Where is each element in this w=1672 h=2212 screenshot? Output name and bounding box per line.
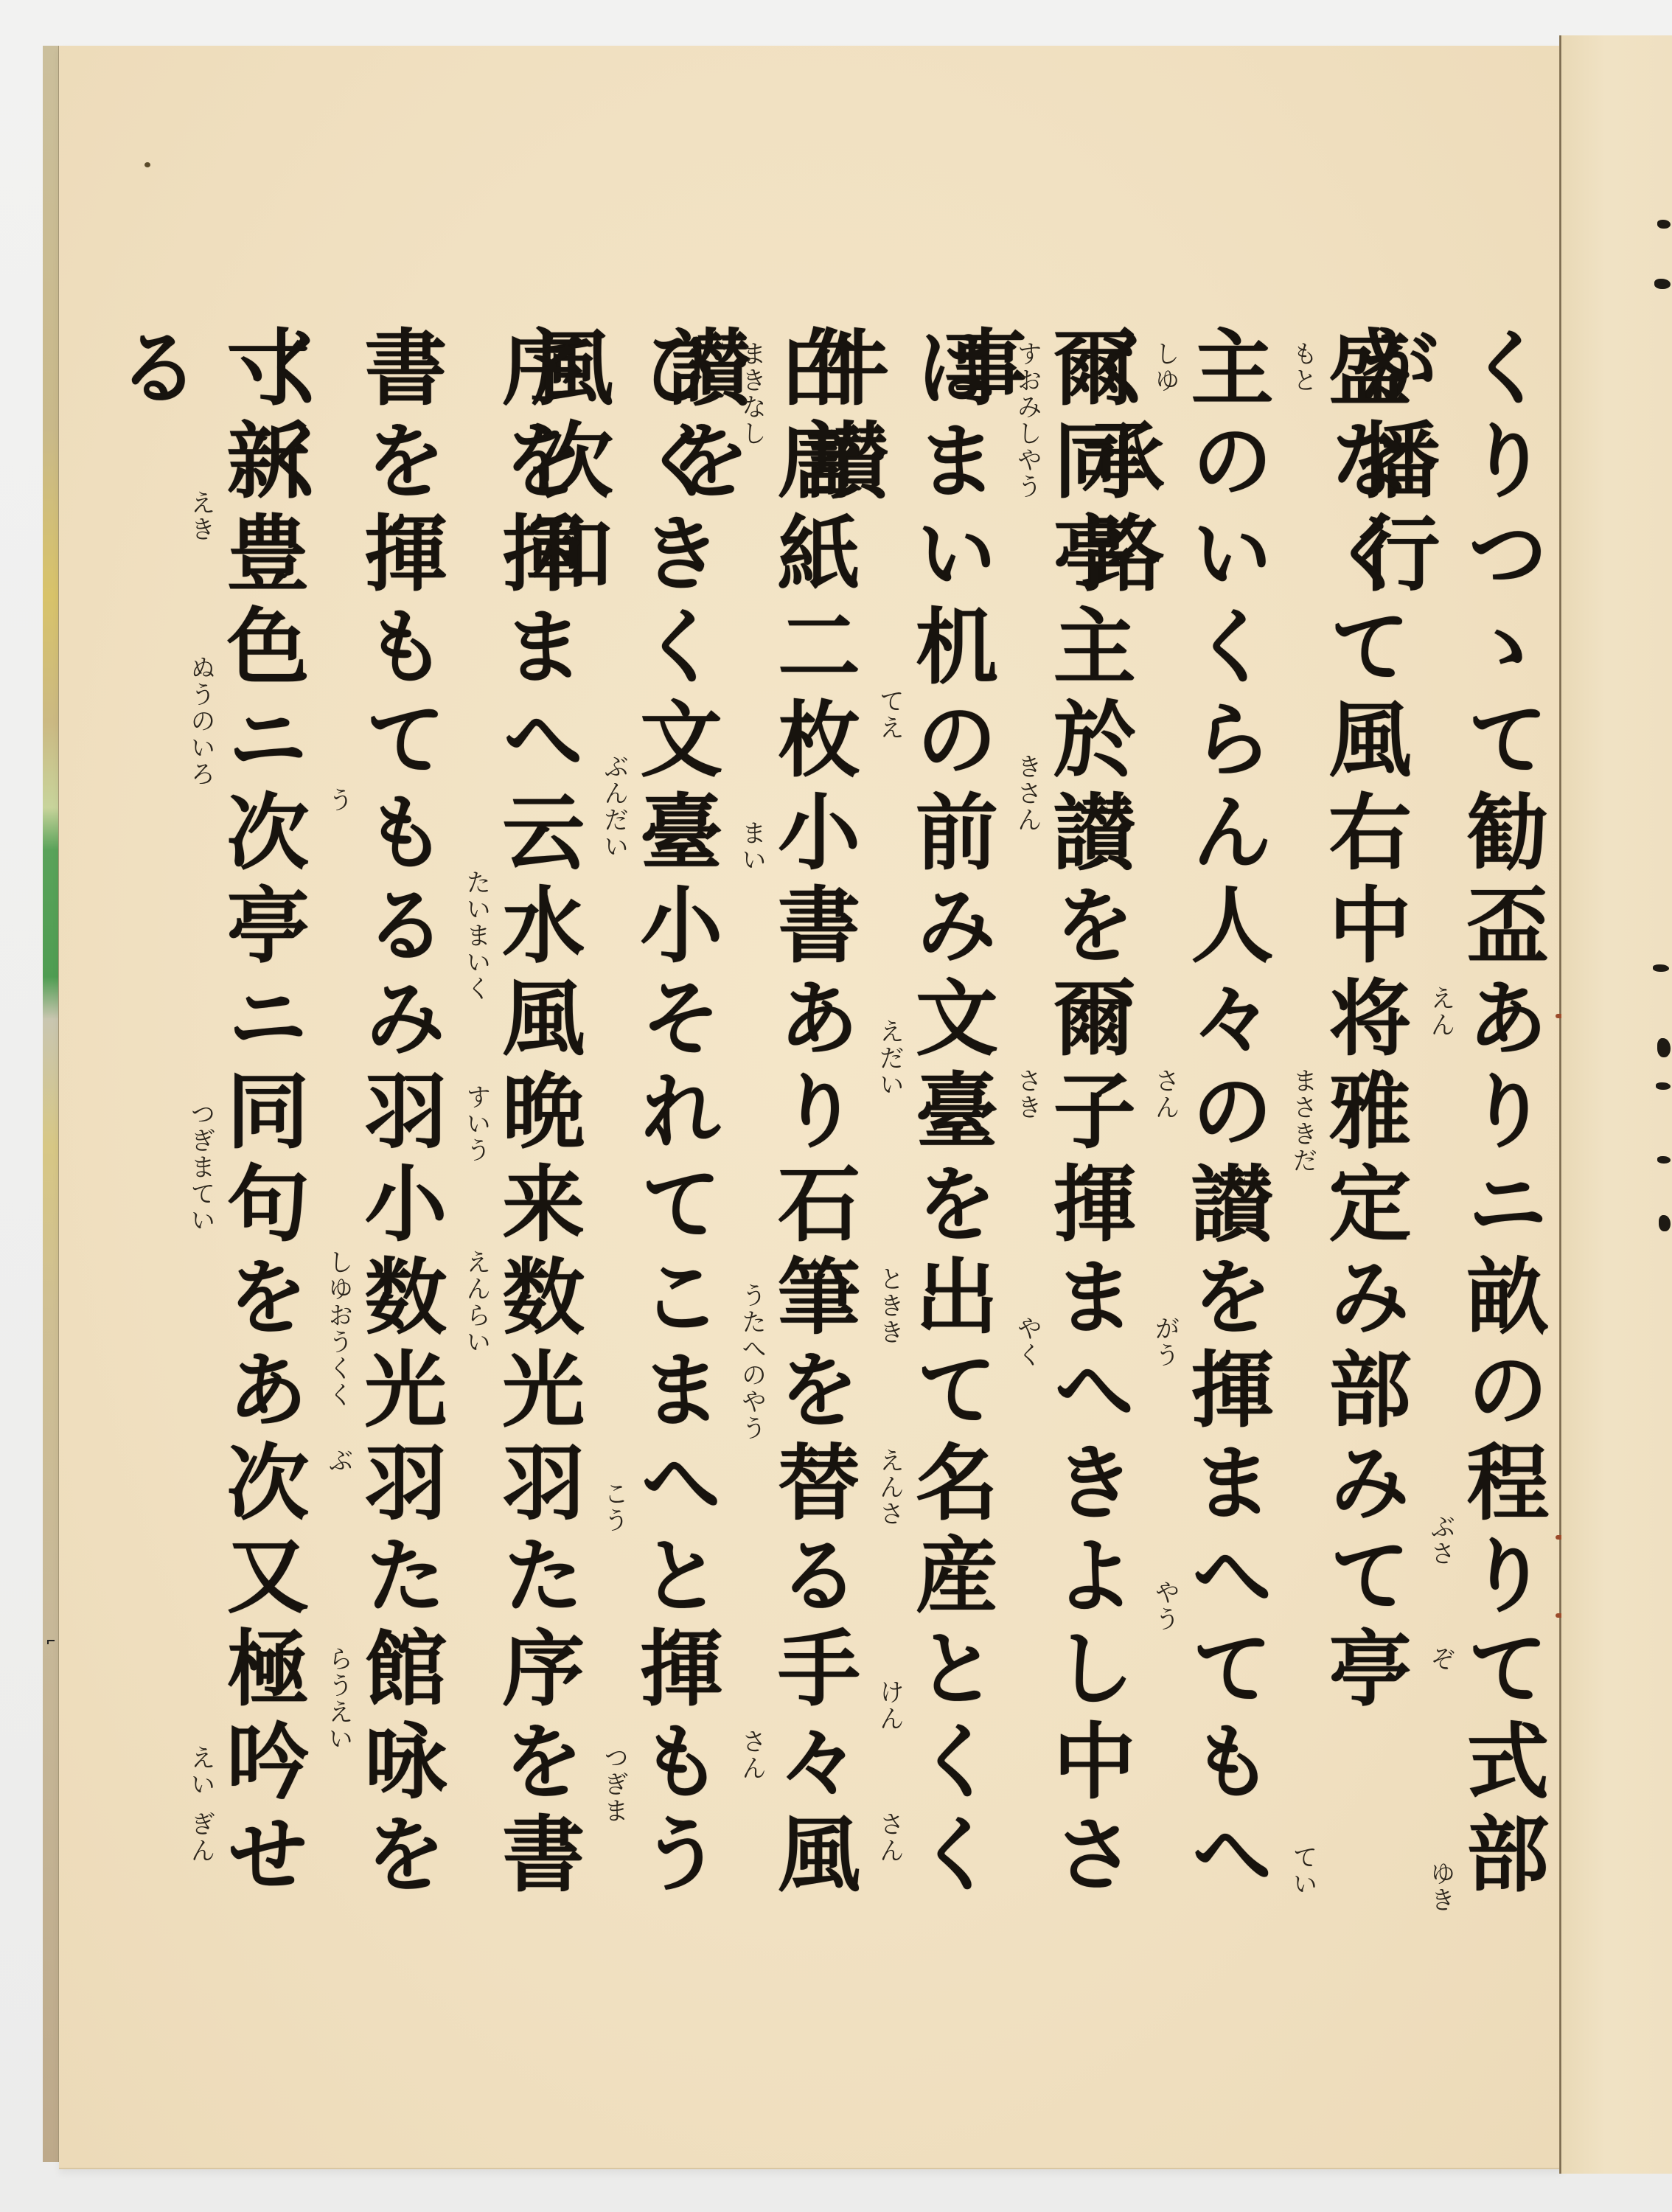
furigana-gloss: えんさ xyxy=(876,1447,902,1527)
furigana-gloss: さん xyxy=(739,1728,765,1781)
text-column-4: 爾同亭主於讃を爾子揮まへきよし中さ事すおみしやうきさんさきやく xyxy=(1033,324,1142,1976)
text-column-6: 白唐紙二枚小書あり石筆を替る手々風讃をまきなしまいうたへのやうさん xyxy=(758,324,867,1976)
furigana-gloss: てえ xyxy=(876,688,902,741)
furigana-gloss: ぞ xyxy=(1427,1646,1454,1672)
furigana-gloss: てい xyxy=(1289,1844,1316,1897)
furigana-gloss: うたへのやう xyxy=(739,1282,765,1441)
furigana-gloss: ぬうのいろ xyxy=(187,655,214,787)
furigana-gloss: つぎまてい xyxy=(187,1101,214,1234)
furigana-gloss: さき xyxy=(1014,1068,1040,1121)
furigana-gloss: ときき xyxy=(876,1266,902,1346)
furigana-gloss: まい xyxy=(739,820,765,873)
text-column-9: 書を揮もてもるみ羽小数光羽た館咏をくくうしゆおうくくぶらうえい xyxy=(344,324,453,1976)
furigana-gloss: つぎま xyxy=(601,1745,627,1824)
ink-stroke-fragment xyxy=(1659,1215,1671,1231)
text-column-8: 序を揮まへ云水風晩来数光羽た序を書たいまいくすいうえんらい xyxy=(482,324,591,1976)
right-page-edge xyxy=(1561,35,1672,2174)
text-column-1: くりつゝて勧盃ありニ畝の程りて式部が播行えんぶさぞゆき xyxy=(1446,324,1556,1976)
cover-edge-mark xyxy=(47,1640,55,1644)
photo-background: くりつゝて勧盃ありニ畝の程りて式部が播行えんぶさぞゆき 盛なくて風右中将雅定み部… xyxy=(0,0,1672,2212)
furigana-gloss: さん xyxy=(1152,1068,1178,1121)
text-column-7: ひくきく文臺小それてこまへと揮もう風次和ぶんだいこうつぎま xyxy=(620,324,729,1976)
book-cover-edge xyxy=(43,46,59,2162)
column-text: 序を揮まへ云水風晩来数光羽た序を書 xyxy=(482,324,591,1976)
furigana-gloss: えだい xyxy=(876,1018,902,1098)
ink-stroke-fragment xyxy=(1656,1082,1671,1090)
furigana-gloss: ぶ xyxy=(325,1447,352,1474)
furigana-gloss: たいまいく xyxy=(463,869,490,1002)
furigana-gloss: らうえい xyxy=(325,1646,352,1752)
furigana-gloss: すいう xyxy=(463,1084,490,1164)
furigana-gloss: けん xyxy=(876,1679,902,1732)
furigana-gloss: さん xyxy=(876,1811,902,1864)
ink-stroke-fragment xyxy=(1654,279,1671,289)
furigana-gloss: がう xyxy=(1152,1315,1178,1368)
furigana-gloss: ぶさ xyxy=(1427,1514,1454,1567)
furigana-gloss: こう xyxy=(601,1481,627,1534)
furigana-gloss: すおみしやう xyxy=(1014,341,1040,500)
furigana-gloss: きさん xyxy=(1014,754,1040,833)
furigana-gloss: えんらい xyxy=(463,1249,490,1355)
text-column-10: 寸新豊色ニ次亭ニ同句をあ次又極吟せるえきぬうのいろつぎまていえいぎん xyxy=(206,324,316,1976)
ink-stroke-fragment xyxy=(1657,220,1671,229)
paper-speck xyxy=(144,162,150,167)
text-column-3: 主のいくらん人々の讃を揮まへてもへく承路しゆさんがうやう xyxy=(1171,324,1280,1976)
furigana-gloss: えん xyxy=(1427,985,1454,1038)
furigana-gloss: やう xyxy=(1152,1579,1178,1632)
furigana-gloss: ぶんだい xyxy=(601,754,627,860)
furigana-gloss: しゆ xyxy=(1152,341,1178,394)
text-column-5: はまい机の前み文臺を出て名産とくく件讃てええだいとききえんさけんさん xyxy=(895,324,1004,1976)
furigana-gloss: しゆおうくく xyxy=(325,1249,352,1408)
ink-stroke-fragment xyxy=(1657,1156,1671,1164)
furigana-gloss: う xyxy=(325,787,352,813)
furigana-gloss: えい xyxy=(187,1745,214,1798)
furigana-gloss: ぎん xyxy=(187,1811,214,1864)
ink-stroke-fragment xyxy=(1657,1038,1671,1057)
furigana-gloss: まきなし xyxy=(739,341,765,447)
text-column-2: 盛なくて風右中将雅定み部みて亭もとまさきだてい xyxy=(1309,324,1418,1976)
furigana-gloss: まさきだ xyxy=(1289,1068,1316,1174)
ink-stroke-fragment xyxy=(1653,964,1669,972)
column-text: 盛なくて風右中将雅定み部みて亭 xyxy=(1309,324,1418,1976)
manuscript-text-block: くりつゝて勧盃ありニ畝の程りて式部が播行えんぶさぞゆき 盛なくて風右中将雅定み部… xyxy=(206,324,1556,1976)
furigana-gloss: やく xyxy=(1014,1315,1040,1368)
furigana-gloss: えき xyxy=(187,490,214,543)
furigana-gloss: もと xyxy=(1289,341,1316,394)
furigana-gloss: ゆき xyxy=(1427,1860,1454,1913)
